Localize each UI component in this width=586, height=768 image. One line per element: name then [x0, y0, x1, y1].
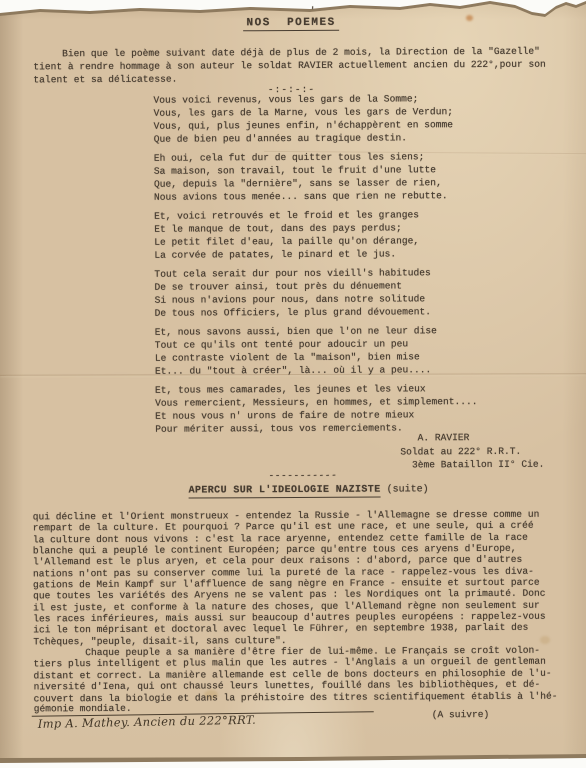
- article-last-line: gémonie mondiale.: [34, 703, 132, 715]
- poem-line: Et... du "tout à créer", là... où il y a…: [155, 363, 477, 378]
- author-signature-block: A. RAVIERSoldat au 222° R.R.T. 3ème Bata…: [400, 431, 544, 472]
- dashed-divider: -----------: [268, 470, 337, 481]
- section-heading-suite: (suite): [381, 484, 429, 495]
- title-accent-mark: ': [310, 6, 315, 16]
- poem-stanza-5: Et, nous savons aussi, bien que l'on ne …: [155, 324, 478, 378]
- page-title: NOS POEMES: [244, 17, 339, 31]
- section-heading-text: APERCU SUR L'IDEOLOGIE NAZISTE: [189, 485, 381, 499]
- section-heading: APERCU SUR L'IDEOLOGIE NAZISTE (suite): [189, 484, 429, 496]
- poem-line: Et, nous savons aussi, bien que l'on ne …: [155, 324, 477, 339]
- scanned-document-page: NOS POEMES ' Bien que le poème suivant d…: [0, 0, 586, 768]
- poem-line: De tous nos Officiers, le plus grand dév…: [155, 305, 477, 320]
- poem-stanza-2: Eh oui, cela fut dur de quitter tous les…: [154, 150, 477, 204]
- poem-stanza-4: Tout cela serait dur pour nos vieill's h…: [154, 266, 477, 320]
- poem-line: Vous, qui, plus jeunes enfin, n'échappèr…: [154, 118, 476, 133]
- poem-stanza-3: Et, voici retrouvés et le froid et les g…: [154, 208, 477, 262]
- poem-stanza-1: Vous voici revenus, vous les gars de la …: [153, 92, 476, 146]
- poem-line: Que de bien peu d'années au tragique des…: [154, 131, 476, 146]
- signature-line: A. RAVIER: [400, 431, 544, 445]
- typewritten-text-layer: NOS POEMES ' Bien que le poème suivant d…: [0, 0, 586, 768]
- title-block: NOS POEMES: [0, 15, 584, 32]
- poem-line: Vous remercient, Messieurs, en hommes, e…: [155, 395, 477, 410]
- to-be-continued-note: (A suivre): [432, 709, 490, 720]
- poem-body: Vous voici revenus, vous les gars de la …: [153, 92, 477, 442]
- poem-line: Tout cela serait dur pour nos vieill's h…: [154, 266, 476, 281]
- handwritten-printer-credit: Imp A. Mathey. Ancien du 222°RRT.: [38, 713, 257, 731]
- poem-line: La corvée de patates, le pinard et le ju…: [154, 247, 476, 262]
- signature-line: Soldat au 222° R.R.T.: [400, 444, 544, 458]
- intro-paragraph: Bien que le poème suivant date déjà de p…: [33, 45, 546, 87]
- signature-line: 3ème Bataillon II° Cie.: [400, 458, 544, 472]
- intro-line: tient à rendre hommage à son auteur le s…: [33, 58, 545, 74]
- article-body: qui décline et l'Orient monstrueux - ent…: [33, 509, 558, 705]
- poem-line: Nous avions tous menée... sans que rien …: [154, 189, 476, 204]
- poem-stanza-6: Et, tous mes camarades, les jeunes et le…: [155, 382, 478, 436]
